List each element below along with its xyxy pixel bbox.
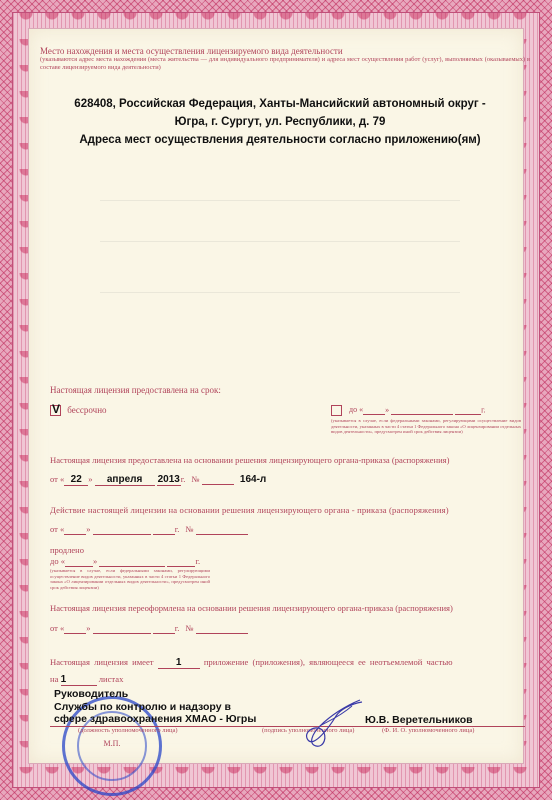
until-month-field[interactable] [391,405,453,415]
term-heading: Настоящая лицензия предоставлена на срок… [50,385,221,395]
basis-number: 164-л [240,474,266,485]
extended-label: продлено [50,545,84,555]
extended-year-field[interactable] [167,556,195,567]
extension-day-field[interactable] [64,524,86,535]
address-line-1: 628408, Российская Федерация, Ханты-Манс… [30,98,530,110]
until-day-field[interactable] [363,405,385,415]
license-page: Место нахождения и места осуществления л… [0,0,552,800]
appendix-count: 1 [158,657,200,669]
basis-year-field: 2013 [157,474,181,486]
extension-order-line: от « » г. № [50,524,248,535]
extension-number-field[interactable] [196,524,248,535]
basis-month-field: апреля [95,474,155,486]
stamp-label: М.П. [65,739,159,748]
position-line-1: Руководитель [54,688,256,701]
until-checkbox[interactable] [331,405,342,416]
indefinite-checkbox[interactable]: V [50,405,61,416]
basis-heading: Настоящая лицензия предоставлена на осно… [50,455,530,465]
reissue-day-field[interactable] [64,623,86,634]
sheets-line: на 1 листах [50,674,123,686]
check-mark-icon: V [52,402,60,416]
reissue-month-field[interactable] [93,623,151,634]
term-indefinite-option[interactable]: V бессрочно [50,405,107,416]
extended-until-note: (указывается в случае, если федеральными… [50,568,210,590]
extension-heading: Действие настоящей лицензии на основании… [50,505,530,515]
reissue-order-line: от « » г. № [50,623,248,634]
basis-order-line: от «22» апреля 2013г. № 164-л [50,474,266,486]
extension-month-field[interactable] [93,524,151,535]
reissue-heading: Настоящая лицензия переоформлена на осно… [50,603,530,613]
appendix-line: Настоящая лицензия имеет 1 приложение (п… [50,657,530,669]
reissue-number-field[interactable] [196,623,248,634]
address-heading: Место нахождения и места осуществления л… [40,46,530,56]
position-caption: (должность уполномоченного лица) [78,727,178,734]
until-year-field[interactable] [455,405,481,415]
address-hint: (указываются адрес места нахождения (мес… [40,56,530,72]
basis-day-field: 22 [64,474,88,486]
extended-month-field[interactable] [99,556,165,567]
official-name: Ю.В. Веретельников [365,714,473,726]
position-line-3: сфере здравоохранения ХМАО - Югры [54,713,256,726]
official-position: Руководитель Службы по контролю и надзор… [54,688,256,726]
handwritten-signature-icon [290,696,370,756]
sheets-count: 1 [61,674,97,686]
extended-until-line: до « » г. [50,556,200,567]
name-caption: (Ф. И. О. уполномоченного лица) [382,727,474,734]
term-until-note: (указывается в случае, если федеральными… [331,418,521,435]
reissue-year-field[interactable] [153,623,175,634]
indefinite-label: бессрочно [67,405,106,415]
term-until-option: до « » г. [331,405,521,416]
position-line-2: Службы по контролю и надзору в [54,701,256,714]
extension-year-field[interactable] [153,524,175,535]
reverse-side-bleed [100,196,460,356]
address-line-2: Югра, г. Сургут, ул. Республики, д. 79 [30,116,530,128]
extended-day-field[interactable] [65,556,93,567]
address-line-3: Адреса мест осуществления деятельности с… [30,134,530,146]
